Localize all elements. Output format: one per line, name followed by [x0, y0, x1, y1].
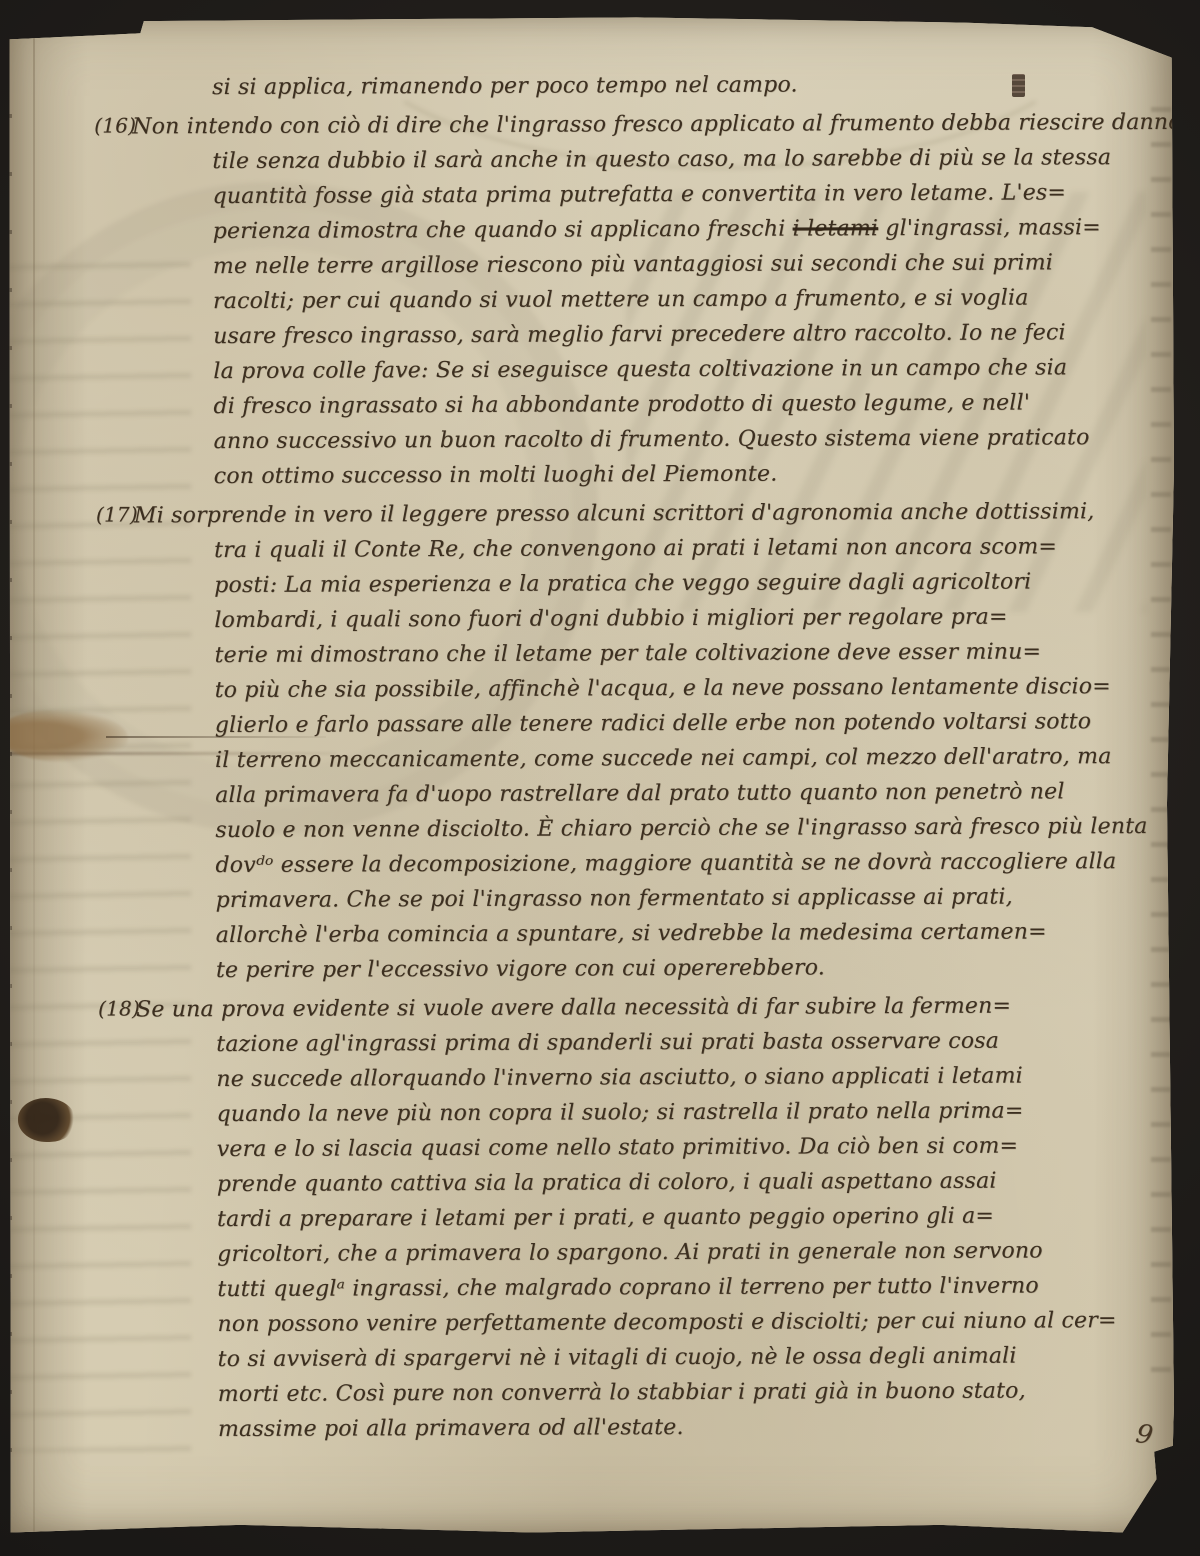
manuscript-line: Se una prova evidente si vuole avere dal…: [136, 988, 1161, 1027]
manuscript-line: dovᵈᵒ essere la decomposizione, maggiore…: [215, 844, 1160, 883]
paragraph-number: (18): [98, 996, 140, 1020]
manuscript-line: vera e lo si lascia quasi come nello sta…: [217, 1128, 1162, 1167]
manuscript-line: quantità fosse già stata prima putrefatt…: [212, 175, 1157, 214]
manuscript-line: Mi sorprende in vero il leggere presso a…: [134, 494, 1159, 533]
manuscript-line: alla primavera fa d'uopo rastrellare dal…: [215, 774, 1160, 813]
paragraph-16: (16) Non intendo con ciò di dire che l'i…: [212, 105, 1159, 494]
manuscript-line: to più che sia possibile, affinchè l'acq…: [215, 669, 1160, 708]
manuscript-line: morti etc. Così pure non converrà lo sta…: [218, 1373, 1163, 1412]
paragraph-17: (17) Mi sorprende in vero il leggere pre…: [214, 494, 1161, 988]
manuscript-line: anno successivo un buon racolto di frume…: [214, 420, 1159, 459]
manuscript-line: tazione agl'ingrassi prima di spanderli …: [216, 1023, 1161, 1062]
manuscript-line: tile senza dubbio il sarà anche in quest…: [212, 140, 1157, 179]
manuscript-line: ne succede allorquando l'inverno sia asc…: [216, 1058, 1161, 1097]
manuscript-line: si si applica, rimanendo per poco tempo …: [212, 66, 1157, 105]
manuscript-line: tra i quali il Conte Re, che convengono …: [214, 529, 1159, 568]
manuscript-line: Non intendo con ciò di dire che l'ingras…: [132, 105, 1157, 144]
manuscript-line: prende quanto cattiva sia la pratica di …: [217, 1163, 1162, 1202]
manuscript-line: perienza dimostra che quando si applican…: [213, 210, 1158, 249]
binding-edge-specks: [7, 72, 12, 1452]
paragraph-number: (17): [96, 502, 138, 526]
manuscript-line: posti: La mia esperienza e la pratica ch…: [214, 564, 1159, 603]
line-segment: perienza dimostra che quando si applican…: [213, 217, 793, 245]
manuscript-line: la prova colle fave: Se si eseguisce que…: [213, 350, 1158, 389]
manuscript-line: non possono venire perfettamente decompo…: [217, 1303, 1162, 1342]
paragraph-number: (16): [94, 113, 136, 137]
manuscript-line: tardi a preparare i letami per i prati, …: [217, 1198, 1162, 1237]
page-number: 9: [1134, 1419, 1156, 1451]
manuscript-line: te perire per l'eccessivo vigore con cui…: [216, 949, 1161, 988]
manuscript-page: si si applica, rimanendo per poco tempo …: [6, 12, 1174, 1534]
manuscript-line: glierlo e farlo passare alle tenere radi…: [215, 704, 1160, 743]
struck-out-word: i letami: [793, 216, 879, 241]
manuscript-line: me nelle terre argillose riescono più va…: [213, 245, 1158, 284]
manuscript-scan: si si applica, rimanendo per poco tempo …: [0, 0, 1200, 1556]
paragraph-18: (18) Se una prova evidente si vuole aver…: [216, 988, 1163, 1447]
manuscript-line: terie mi dimostrano che il letame per ta…: [214, 634, 1159, 673]
manuscript-line: usare fresco ingrasso, sarà meglio farvi…: [213, 315, 1158, 354]
fold-crease: [33, 12, 35, 1534]
manuscript-line: lombardi, i quali sono fuori d'ogni dubb…: [214, 599, 1159, 638]
manuscript-line: gricoltori, che a primavera lo spargono.…: [217, 1233, 1162, 1272]
manuscript-line: primavera. Che se poi l'ingrasso non fer…: [216, 879, 1161, 918]
manuscript-line: suolo e non venne disciolto. È chiaro pe…: [215, 809, 1160, 848]
manuscript-line: allorchè l'erba comincia a spuntare, si …: [216, 914, 1161, 953]
manuscript-line: tutti queglᵃ ingrassi, che malgrado copr…: [217, 1268, 1162, 1307]
line-segment: gl'ingrassi, massi=: [878, 215, 1101, 241]
manuscript-line: di fresco ingrassato si ha abbondante pr…: [213, 385, 1158, 424]
manuscript-line: con ottimo successo in molti luoghi del …: [214, 455, 1159, 494]
manuscript-line: to si avviserà di spargervi nè i vitagli…: [218, 1338, 1163, 1377]
handwritten-text-block: si si applica, rimanendo per poco tempo …: [212, 66, 1163, 1447]
manuscript-line: quando la neve più non copra il suolo; s…: [216, 1093, 1161, 1132]
manuscript-line: il terreno meccanicamente, come succede …: [215, 739, 1160, 778]
ink-blot: [18, 1098, 76, 1142]
manuscript-line: racolti; per cui quando si vuol mettere …: [213, 280, 1158, 319]
manuscript-line: massime poi alla primavera od all'estate…: [218, 1408, 1163, 1447]
